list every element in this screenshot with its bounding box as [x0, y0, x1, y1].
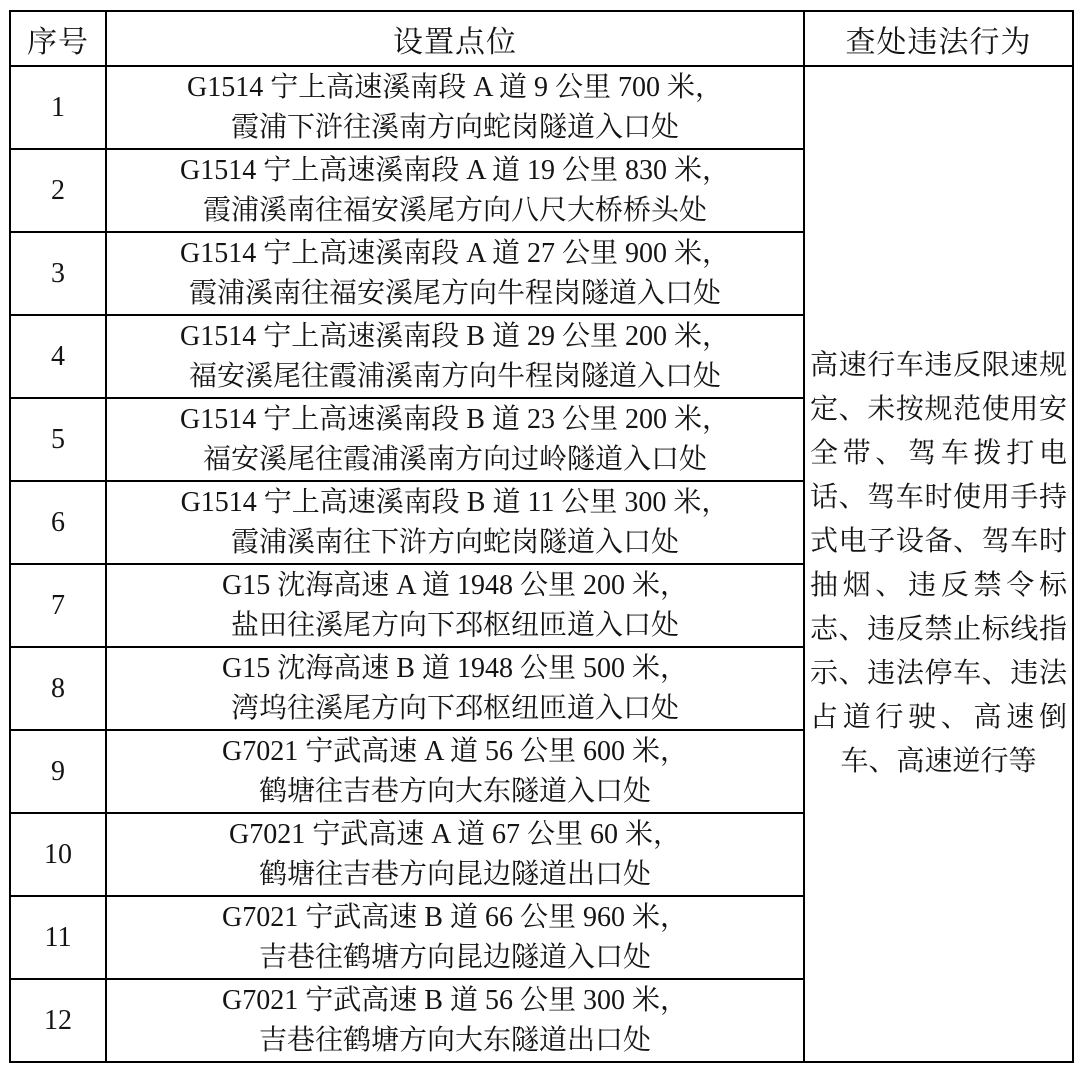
location-cell: G1514 宁上高速溪南段 A 道 9 公里 700 米， 霞浦下浒往溪南方向蛇… [106, 66, 804, 149]
row-index: 4 [10, 315, 106, 398]
location-line-2: 吉巷往鹤塘方向昆边隧道入口处 [111, 938, 799, 978]
location-cell: G7021 宁武高速 B 道 66 公里 960 米， 吉巷往鹤塘方向昆边隧道入… [106, 896, 804, 979]
header-index: 序号 [10, 11, 106, 66]
row-index: 1 [10, 66, 106, 149]
location-line-2: 鹤塘往吉巷方向昆边隧道出口处 [111, 855, 799, 895]
location-cell: G15 沈海高速 B 道 1948 公里 500 米， 湾坞往溪尾方向下邳枢纽匝… [106, 647, 804, 730]
location-cell: G1514 宁上高速溪南段 B 道 11 公里 300 米， 霞浦溪南往下浒方向… [106, 481, 804, 564]
location-cell: G7021 宁武高速 B 道 56 公里 300 米， 吉巷往鹤塘方向大东隧道出… [106, 979, 804, 1062]
location-line-1: G1514 宁上高速溪南段 B 道 29 公里 200 米， [111, 317, 799, 357]
location-line-1: G7021 宁武高速 A 道 56 公里 600 米， [111, 732, 799, 772]
location-line-1: G15 沈海高速 B 道 1948 公里 500 米， [111, 649, 799, 689]
location-line-2: 霞浦溪南往福安溪尾方向八尺大桥桥头处 [111, 191, 799, 231]
location-line-1: G7021 宁武高速 B 道 56 公里 300 米， [111, 981, 799, 1021]
row-index: 8 [10, 647, 106, 730]
location-line-1: G1514 宁上高速溪南段 A 道 19 公里 830 米， [111, 151, 799, 191]
row-index: 12 [10, 979, 106, 1062]
location-line-1: G1514 宁上高速溪南段 A 道 27 公里 900 米， [111, 234, 799, 274]
location-cell: G7021 宁武高速 A 道 56 公里 600 米， 鹤塘往吉巷方向大东隧道入… [106, 730, 804, 813]
location-line-2: 盐田往溪尾方向下邳枢纽匝道入口处 [111, 606, 799, 646]
location-cell: G1514 宁上高速溪南段 A 道 27 公里 900 米， 霞浦溪南往福安溪尾… [106, 232, 804, 315]
row-index: 2 [10, 149, 106, 232]
location-cell: G7021 宁武高速 A 道 67 公里 60 米， 鹤塘往吉巷方向昆边隧道出口… [106, 813, 804, 896]
location-line-1: G1514 宁上高速溪南段 A 道 9 公里 700 米， [111, 68, 799, 108]
header-location: 设置点位 [106, 11, 804, 66]
location-cell: G1514 宁上高速溪南段 A 道 19 公里 830 米， 霞浦溪南往福安溪尾… [106, 149, 804, 232]
row-index: 10 [10, 813, 106, 896]
location-line-1: G7021 宁武高速 A 道 67 公里 60 米， [111, 815, 799, 855]
location-cell: G1514 宁上高速溪南段 B 道 23 公里 200 米， 福安溪尾往霞浦溪南… [106, 398, 804, 481]
row-index: 9 [10, 730, 106, 813]
header-violation: 查处违法行为 [804, 11, 1073, 66]
location-line-2: 湾坞往溪尾方向下邳枢纽匝道入口处 [111, 689, 799, 729]
location-cell: G15 沈海高速 A 道 1948 公里 200 米， 盐田往溪尾方向下邳枢纽匝… [106, 564, 804, 647]
location-line-2: 鹤塘往吉巷方向大东隧道入口处 [111, 772, 799, 812]
row-index: 11 [10, 896, 106, 979]
enforcement-points-table: 序号 设置点位 查处违法行为 1 G1514 宁上高速溪南段 A 道 9 公里 … [9, 10, 1074, 1063]
location-line-1: G1514 宁上高速溪南段 B 道 11 公里 300 米， [111, 483, 799, 523]
row-index: 7 [10, 564, 106, 647]
location-line-1: G1514 宁上高速溪南段 B 道 23 公里 200 米， [111, 400, 799, 440]
location-line-2: 福安溪尾往霞浦溪南方向牛程岗隧道入口处 [111, 357, 799, 397]
table-row: 1 G1514 宁上高速溪南段 A 道 9 公里 700 米， 霞浦下浒往溪南方… [10, 66, 1073, 149]
row-index: 5 [10, 398, 106, 481]
table-header-row: 序号 设置点位 查处违法行为 [10, 11, 1073, 66]
violation-merged-cell: 高速行车违反限速规定、未按规范使用安全带、驾车拨打电话、驾车时使用手持式电子设备… [804, 66, 1073, 1062]
location-line-1: G7021 宁武高速 B 道 66 公里 960 米， [111, 898, 799, 938]
location-line-2: 霞浦下浒往溪南方向蛇岗隧道入口处 [111, 108, 799, 148]
location-cell: G1514 宁上高速溪南段 B 道 29 公里 200 米， 福安溪尾往霞浦溪南… [106, 315, 804, 398]
location-line-1: G15 沈海高速 A 道 1948 公里 200 米， [111, 566, 799, 606]
location-line-2: 吉巷往鹤塘方向大东隧道出口处 [111, 1021, 799, 1061]
row-index: 6 [10, 481, 106, 564]
row-index: 3 [10, 232, 106, 315]
location-line-2: 霞浦溪南往福安溪尾方向牛程岗隧道入口处 [111, 274, 799, 314]
location-line-2: 霞浦溪南往下浒方向蛇岗隧道入口处 [111, 523, 799, 563]
location-line-2: 福安溪尾往霞浦溪南方向过岭隧道入口处 [111, 440, 799, 480]
